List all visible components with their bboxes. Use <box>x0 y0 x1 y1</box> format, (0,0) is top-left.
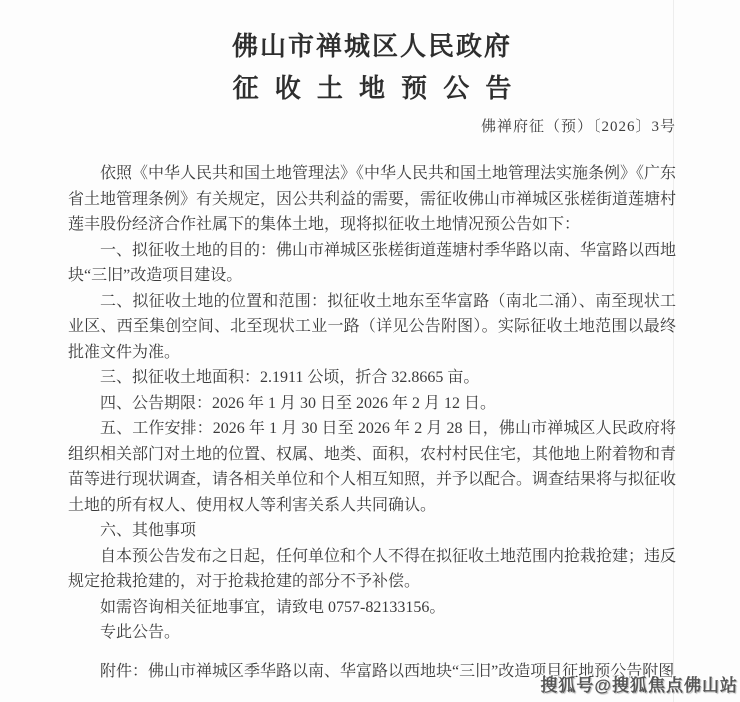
document-number: 佛禅府征（预）〔2026〕3号 <box>68 118 676 136</box>
document-title-line1: 佛山市禅城区人民政府 <box>68 32 676 62</box>
body-paragraph: 五、工作安排：2026 年 1 月 30 日至 2026 年 2 月 28 日，… <box>68 416 676 518</box>
document-body: 依照《中华人民共和国土地管理法》《中华人民共和国土地管理法实施条例》《广东省土地… <box>68 161 676 646</box>
body-paragraph: 依照《中华人民共和国土地管理法》《中华人民共和国土地管理法实施条例》《广东省土地… <box>68 161 676 238</box>
body-paragraph: 六、其他事项 <box>68 518 676 544</box>
document-title-line2: 征收土地预公告 <box>68 74 676 104</box>
body-paragraph: 如需咨询相关征地事宜，请致电 0757-82133156。 <box>68 595 676 621</box>
body-paragraph: 自本预公告发布之日起，任何单位和个人不得在拟征收土地范围内抢栽抢建；违反规定抢栽… <box>68 544 676 595</box>
body-paragraph: 四、公告期限：2026 年 1 月 30 日至 2026 年 2 月 12 日。 <box>68 391 676 417</box>
attachment-line: 附件：佛山市禅城区季华路以南、华富路以西地块“三旧”改造项目征地预公告附图 <box>68 659 676 685</box>
body-paragraph: 一、拟征收土地的目的：佛山市禅城区张槎街道莲塘村季华路以南、华富路以西地块“三旧… <box>68 238 676 289</box>
document-content: 佛山市禅城区人民政府 征收土地预公告 佛禅府征（预）〔2026〕3号 依照《中华… <box>0 0 740 684</box>
body-paragraph: 专此公告。 <box>68 620 676 646</box>
body-paragraph: 二、拟征收土地的位置和范围：拟征收土地东至华富路（南北二涌）、南至现状工业区、西… <box>68 289 676 366</box>
document-page: 佛山市禅城区人民政府 征收土地预公告 佛禅府征（预）〔2026〕3号 依照《中华… <box>0 0 740 702</box>
body-paragraph: 三、拟征收土地面积：2.1911 公顷，折合 32.8665 亩。 <box>68 365 676 391</box>
